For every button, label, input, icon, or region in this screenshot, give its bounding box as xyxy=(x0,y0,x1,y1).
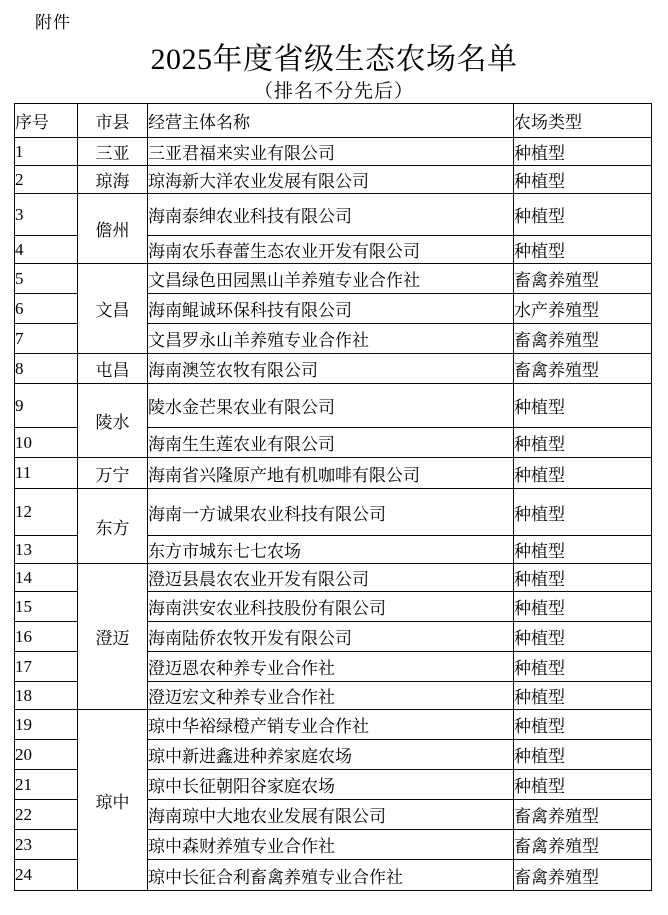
table-row: 5文昌文昌绿色田园黑山羊养殖专业合作社畜禽养殖型 xyxy=(15,264,652,294)
cell-farm-type: 种植型 xyxy=(514,622,652,652)
cell-entity-name: 海南澳笠农牧有限公司 xyxy=(148,354,514,384)
attachment-label: 附件 xyxy=(35,8,71,33)
cell-entity-name: 琼中森财养殖专业合作社 xyxy=(148,830,514,860)
table-row: 12东方海南一方诚果农业科技有限公司种植型 xyxy=(15,489,652,536)
cell-entity-name: 澄迈县晨农农业开发有限公司 xyxy=(148,564,514,592)
cell-entity-name: 海南琼中大地农业发展有限公司 xyxy=(148,800,514,830)
cell-serial-number: 7 xyxy=(15,324,78,354)
cell-serial-number: 14 xyxy=(15,564,78,592)
cell-serial-number: 21 xyxy=(15,770,78,800)
cell-serial-number: 22 xyxy=(15,800,78,830)
cell-serial-number: 24 xyxy=(15,860,78,891)
cell-serial-number: 11 xyxy=(15,458,78,489)
cell-city: 陵水 xyxy=(78,384,148,458)
cell-farm-type: 畜禽养殖型 xyxy=(514,354,652,384)
cell-farm-type: 种植型 xyxy=(514,489,652,536)
table-row: 9陵水陵水金芒果农业有限公司种植型 xyxy=(15,384,652,428)
cell-farm-type: 畜禽养殖型 xyxy=(514,830,652,860)
cell-serial-number: 19 xyxy=(15,710,78,740)
page-title: 2025年度省级生态农场名单 xyxy=(0,34,668,78)
cell-entity-name: 文昌罗永山羊养殖专业合作社 xyxy=(148,324,514,354)
cell-entity-name: 澄迈恩农种养专业合作社 xyxy=(148,652,514,682)
table-row: 3儋州海南泰绅农业科技有限公司种植型 xyxy=(15,194,652,236)
cell-entity-name: 海南陆侨农牧开发有限公司 xyxy=(148,622,514,652)
cell-entity-name: 海南泰绅农业科技有限公司 xyxy=(148,194,514,236)
cell-entity-name: 文昌绿色田园黑山羊养殖专业合作社 xyxy=(148,264,514,294)
cell-entity-name: 东方市城东七七农场 xyxy=(148,536,514,564)
cell-serial-number: 20 xyxy=(15,740,78,770)
cell-farm-type: 畜禽养殖型 xyxy=(514,800,652,830)
cell-serial-number: 16 xyxy=(15,622,78,652)
cell-farm-type: 种植型 xyxy=(514,710,652,740)
cell-serial-number: 1 xyxy=(15,138,78,166)
cell-entity-name: 琼中新进鑫进种养家庭农场 xyxy=(148,740,514,770)
page-subtitle: （排名不分先后） xyxy=(0,76,668,103)
cell-entity-name: 澄迈宏文种养专业合作社 xyxy=(148,682,514,710)
cell-farm-type: 种植型 xyxy=(514,166,652,194)
cell-serial-number: 18 xyxy=(15,682,78,710)
table-row: 14澄迈澄迈县晨农农业开发有限公司种植型 xyxy=(15,564,652,592)
cell-city: 澄迈 xyxy=(78,564,148,710)
cell-serial-number: 17 xyxy=(15,652,78,682)
farm-list-table: 序号 市县 经营主体名称 农场类型 1三亚三亚君福来实业有限公司种植型2琼海琼海… xyxy=(14,103,652,891)
cell-serial-number: 2 xyxy=(15,166,78,194)
cell-city: 琼海 xyxy=(78,166,148,194)
cell-city: 琼中 xyxy=(78,710,148,891)
cell-entity-name: 三亚君福来实业有限公司 xyxy=(148,138,514,166)
column-header-city: 市县 xyxy=(78,104,148,138)
table-row: 19琼中琼中华裕绿橙产销专业合作社种植型 xyxy=(15,710,652,740)
cell-entity-name: 海南鲲诚环保科技有限公司 xyxy=(148,294,514,324)
cell-serial-number: 15 xyxy=(15,592,78,622)
cell-farm-type: 种植型 xyxy=(514,652,652,682)
cell-entity-name: 琼中华裕绿橙产销专业合作社 xyxy=(148,710,514,740)
cell-farm-type: 种植型 xyxy=(514,428,652,458)
table-row: 1三亚三亚君福来实业有限公司种植型 xyxy=(15,138,652,166)
cell-serial-number: 9 xyxy=(15,384,78,428)
cell-serial-number: 6 xyxy=(15,294,78,324)
cell-farm-type: 种植型 xyxy=(514,564,652,592)
cell-farm-type: 畜禽养殖型 xyxy=(514,264,652,294)
cell-entity-name: 陵水金芒果农业有限公司 xyxy=(148,384,514,428)
cell-city: 三亚 xyxy=(78,138,148,166)
cell-farm-type: 水产养殖型 xyxy=(514,294,652,324)
cell-serial-number: 3 xyxy=(15,194,78,236)
table-header-row: 序号 市县 经营主体名称 农场类型 xyxy=(15,104,652,138)
cell-city: 儋州 xyxy=(78,194,148,264)
cell-farm-type: 种植型 xyxy=(514,682,652,710)
table-row: 8屯昌海南澳笠农牧有限公司畜禽养殖型 xyxy=(15,354,652,384)
cell-entity-name: 海南洪安农业科技股份有限公司 xyxy=(148,592,514,622)
column-header-name: 经营主体名称 xyxy=(148,104,514,138)
cell-entity-name: 琼中长征合利畜禽养殖专业合作社 xyxy=(148,860,514,891)
cell-city: 万宁 xyxy=(78,458,148,489)
cell-farm-type: 种植型 xyxy=(514,536,652,564)
cell-serial-number: 4 xyxy=(15,236,78,264)
cell-farm-type: 种植型 xyxy=(514,592,652,622)
document-page: 附件 2025年度省级生态农场名单 （排名不分先后） 序号 市县 经营主体名称 … xyxy=(0,0,668,915)
cell-farm-type: 种植型 xyxy=(514,458,652,489)
farm-table-body: 1三亚三亚君福来实业有限公司种植型2琼海琼海新大洋农业发展有限公司种植型3儋州海… xyxy=(15,138,652,891)
cell-entity-name: 海南农乐春蕾生态农业开发有限公司 xyxy=(148,236,514,264)
column-header-no: 序号 xyxy=(15,104,78,138)
cell-farm-type: 种植型 xyxy=(514,740,652,770)
cell-farm-type: 种植型 xyxy=(514,384,652,428)
cell-city: 屯昌 xyxy=(78,354,148,384)
table-row: 11万宁海南省兴隆原产地有机咖啡有限公司种植型 xyxy=(15,458,652,489)
cell-farm-type: 畜禽养殖型 xyxy=(514,860,652,891)
cell-serial-number: 5 xyxy=(15,264,78,294)
cell-entity-name: 琼中长征朝阳谷家庭农场 xyxy=(148,770,514,800)
cell-serial-number: 13 xyxy=(15,536,78,564)
cell-farm-type: 种植型 xyxy=(514,236,652,264)
cell-entity-name: 琼海新大洋农业发展有限公司 xyxy=(148,166,514,194)
cell-farm-type: 种植型 xyxy=(514,194,652,236)
cell-farm-type: 畜禽养殖型 xyxy=(514,324,652,354)
cell-entity-name: 海南省兴隆原产地有机咖啡有限公司 xyxy=(148,458,514,489)
cell-entity-name: 海南一方诚果农业科技有限公司 xyxy=(148,489,514,536)
cell-serial-number: 8 xyxy=(15,354,78,384)
column-header-type: 农场类型 xyxy=(514,104,652,138)
table-row: 2琼海琼海新大洋农业发展有限公司种植型 xyxy=(15,166,652,194)
cell-serial-number: 23 xyxy=(15,830,78,860)
cell-serial-number: 10 xyxy=(15,428,78,458)
cell-farm-type: 种植型 xyxy=(514,770,652,800)
cell-farm-type: 种植型 xyxy=(514,138,652,166)
cell-city: 文昌 xyxy=(78,264,148,354)
cell-serial-number: 12 xyxy=(15,489,78,536)
cell-city: 东方 xyxy=(78,489,148,564)
cell-entity-name: 海南生生莲农业有限公司 xyxy=(148,428,514,458)
